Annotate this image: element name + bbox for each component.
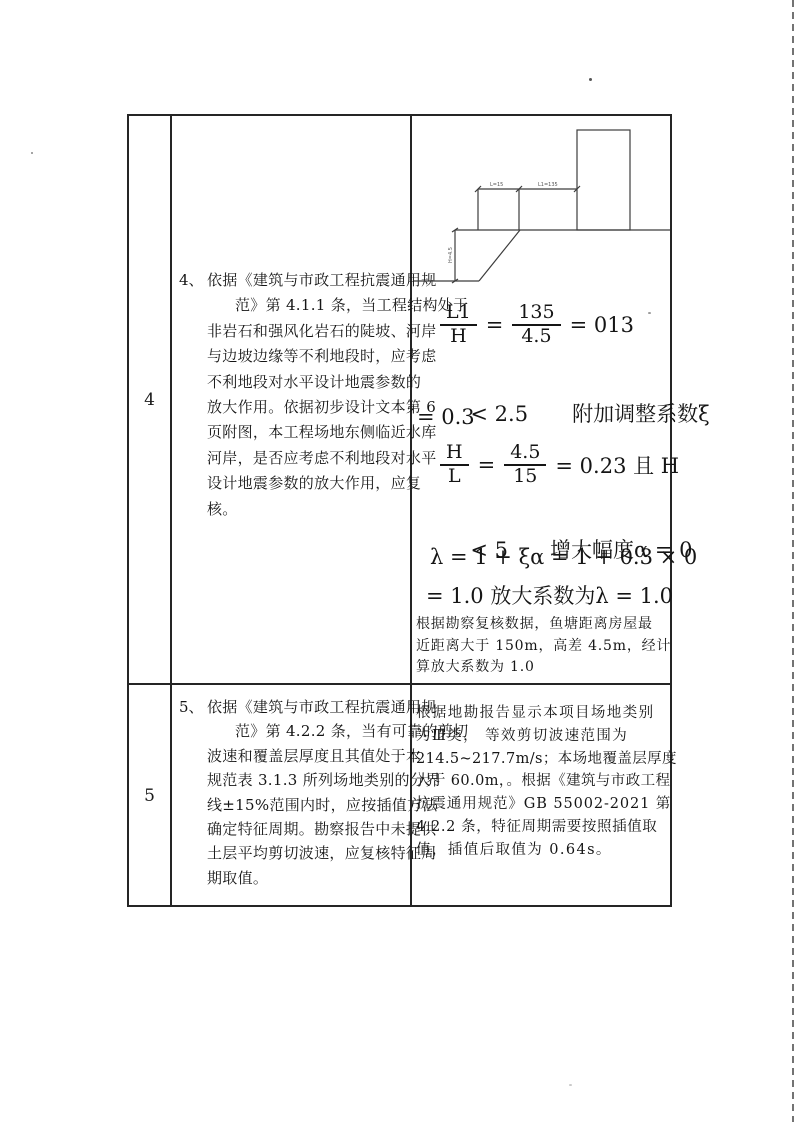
- review-line: 根据地勘报告显示本项目场地类别: [416, 702, 677, 725]
- height-dim-label: H=4.5: [448, 247, 454, 263]
- fraction: 135 4.5: [512, 302, 560, 348]
- formula-l1-over-h: L1 H = 135 4.5 = 013: [440, 302, 634, 348]
- lambda-result: = 1.0 放大系数为λ = 1.0: [426, 580, 673, 610]
- note-line: 根据勘察复核数据，鱼塘距离房屋最: [416, 614, 671, 636]
- right-span-dim-label: L1=135: [538, 182, 558, 188]
- scanned-document-page: 4 4、 依据《建筑与市政工程抗震通用规 范》第 4.1.1 条，当工程结构处于…: [0, 0, 794, 1122]
- row4-number: 4: [144, 390, 155, 410]
- formula-h-over-l: H L = 4.5 15 = 0.23 且 H: [440, 442, 679, 488]
- equals-sign: =: [478, 453, 496, 477]
- scan-speck: [589, 78, 592, 81]
- row4-review-note: 根据勘察复核数据，鱼塘距离房屋最 近距离大于 150m，高差 4.5m，经计 算…: [416, 614, 671, 679]
- lambda-formula: λ = 1 + ξα = 1 + 0.3 × 0: [430, 545, 697, 569]
- review-line: 214.5~217.7m/s；本场地覆盖层厚度: [416, 748, 677, 771]
- review-line: 4.2.2 条，特征周期需要按照插值取: [416, 816, 677, 839]
- row5-review-text: 根据地勘报告显示本项目场地类别 为Ⅲ类， 等效剪切波速范围为 214.5~217…: [416, 702, 677, 862]
- note-line: 算放大系数为 1.0: [416, 657, 671, 679]
- xi-value: = 0.3: [417, 405, 475, 429]
- row5-number-cell: 5: [129, 683, 172, 907]
- scan-speck: [31, 152, 33, 154]
- fraction: L1 H: [440, 302, 477, 348]
- left-span-dim-label: L=15: [490, 182, 503, 188]
- review-line: 大于 60.0m，。根据《建筑与市政工程: [416, 770, 677, 793]
- review-line: 为Ⅲ类， 等效剪切波速范围为: [416, 725, 677, 748]
- terrain-slope-diagram: H=4.5 L=15 L1=135: [412, 116, 670, 291]
- note-line: 近距离大于 150m，高差 4.5m，经计: [416, 636, 671, 658]
- review-table: 4 4、 依据《建筑与市政工程抗震通用规 范》第 4.1.1 条，当工程结构处于…: [127, 114, 672, 907]
- row5-number: 5: [144, 786, 155, 806]
- row5-issue-cell: 5、 依据《建筑与市政工程抗震通用规 范》第 4.2.2 条，当有可靠的剪切 波…: [172, 683, 412, 907]
- row4-review-cell: H=4.5 L=15 L1=135 L1 H =: [412, 116, 670, 683]
- row5-review-cell: 根据地勘报告显示本项目场地类别 为Ⅲ类， 等效剪切波速范围为 214.5~217…: [412, 683, 670, 907]
- fraction: 4.5 15: [504, 442, 546, 488]
- equals-sign: =: [486, 313, 504, 337]
- scan-speck: [569, 1084, 572, 1086]
- formula-result: = 013: [570, 313, 634, 337]
- fraction: H L: [440, 442, 469, 488]
- row5-item-marker: 5、: [179, 695, 204, 719]
- review-line: 值，插值后取值为 0.64s。: [416, 839, 677, 862]
- row4-item-marker: 4、: [179, 268, 204, 293]
- review-line: 抗震通用规范》GB 55002-2021 第: [416, 793, 677, 816]
- row4-number-cell: 4: [129, 116, 172, 683]
- scan-speck: [648, 312, 651, 314]
- row4-issue-cell: 4、 依据《建筑与市政工程抗震通用规 范》第 4.1.1 条，当工程结构处于 非…: [172, 116, 412, 683]
- formula-result: = 0.23 且 H: [555, 450, 679, 480]
